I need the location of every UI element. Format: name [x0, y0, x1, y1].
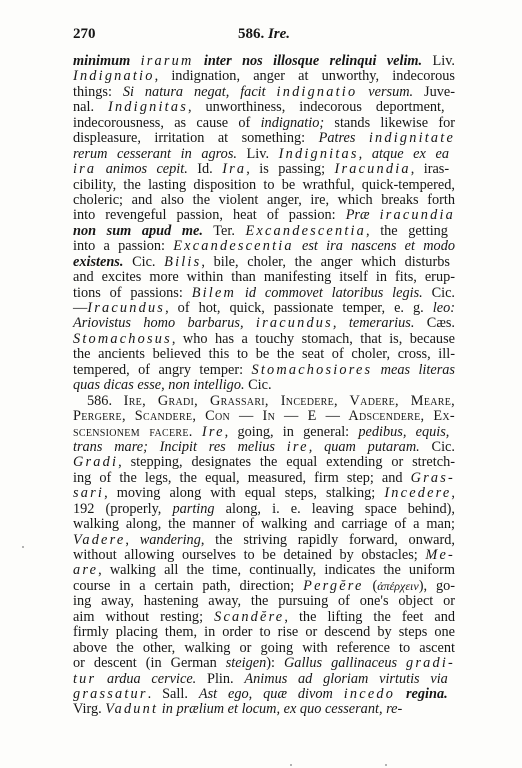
text-run: or descent (in German	[73, 655, 226, 671]
text-run: without allowing ourselves to be detaine…	[73, 547, 425, 563]
text-line: non sum apud me. Ter. Excandescentia, th…	[73, 224, 455, 239]
text-run: trans mare; Incipit res melius	[73, 439, 287, 455]
text-run: inter nos illosque relinqui velim.	[194, 53, 423, 69]
text-run: Ire	[202, 424, 225, 440]
text-line: are, walking all the time, continually, …	[73, 563, 455, 578]
text-line: aim without resting; Scandĕre, the lifti…	[73, 610, 455, 625]
text-line: ing away, hastening away, the pursuing o…	[73, 594, 455, 609]
text-run: Scandĕre	[214, 609, 284, 625]
text-run: , the lifting the feet and	[284, 609, 455, 625]
text-run: Liv.	[422, 53, 455, 69]
text-run: Ast ego, quæ divom	[199, 686, 344, 702]
text-run: Patres	[319, 130, 369, 146]
text-run: , atque ex ea	[359, 146, 449, 162]
text-line: tur ardua cervice. Plin. Animus ad glori…	[73, 672, 455, 687]
text-run: Bilem	[192, 285, 236, 301]
text-run: into a passion:	[73, 238, 173, 254]
text-run: , moving along with equal steps, stalkin…	[104, 485, 384, 501]
text-line: Gradi, stepping, designates the equal ex…	[73, 455, 455, 470]
text-line: or descent (in German steigen): Gallus g…	[73, 656, 455, 671]
text-run: Cic.	[423, 285, 455, 301]
text-run: non sum apud me.	[73, 223, 203, 239]
text-line: indecorousness, as cause of indignatio; …	[73, 116, 455, 131]
text-run: Cic.	[420, 439, 455, 455]
text-run: est ira nascens et modo	[294, 238, 455, 254]
text-line: course in a certain path, direction; Per…	[73, 579, 455, 594]
text-run: Indignitas	[108, 99, 188, 115]
text-line: and excites more within than manifesting…	[73, 270, 455, 285]
text-run: versum.	[357, 84, 413, 100]
text-run: Bilis	[164, 254, 201, 270]
text-line: Stomachosus, who has a touchy stomach, t…	[73, 332, 455, 347]
text-run: . Sall.	[148, 686, 199, 702]
text-run: , unworthiness, indecorous deportment,	[188, 99, 445, 115]
text-run: Cæs.	[414, 315, 455, 331]
section-word: Ire.	[268, 26, 290, 42]
text-run: sari	[73, 485, 104, 501]
text-run: Cic.	[123, 254, 164, 270]
text-run: Indignitas	[279, 146, 359, 162]
text-run: ing of the legs, the equal, measured, fi…	[73, 470, 411, 486]
text-run: tur	[73, 671, 96, 687]
text-run: , temerarius.	[333, 315, 414, 331]
text-line: cibility, the lasting disposition to be …	[73, 178, 455, 193]
text-run: course in a certain path, direction;	[73, 578, 303, 594]
text-line: rerum cesserant in agros. Liv. Indignita…	[73, 147, 455, 162]
text-line: Ariovistus homo barbarus, iracundus, tem…	[73, 316, 455, 331]
text-run: firmly placing them, in order to rise or…	[73, 624, 455, 640]
text-run: , is passing;	[246, 161, 334, 177]
text-line: things: Si natura negat, facit indignati…	[73, 85, 455, 100]
text-run: indecorousness, as cause of	[73, 115, 261, 131]
text-run: grassatur	[73, 686, 148, 702]
text-run: stands likewise for	[324, 115, 455, 131]
text-line: choleric; and also the violent anger, ir…	[73, 193, 455, 208]
text-line: nal. Indignitas, unworthiness, indecorou…	[73, 100, 455, 115]
text-run: , going, in general:	[225, 424, 359, 440]
text-run: ), go-	[419, 578, 455, 594]
text-run: things:	[73, 84, 123, 100]
margin-speck	[385, 764, 387, 766]
text-run: pedibus, equis,	[358, 424, 449, 440]
text-line: 586. Ire, Gradi, Grassari, Incedere, Vad…	[73, 394, 455, 409]
text-run: ,	[451, 485, 455, 501]
text-run: Plin.	[196, 671, 244, 687]
text-line: trans mare; Incipit res melius ire, quam…	[73, 440, 455, 455]
text-run: indignatio	[277, 84, 358, 100]
text-run: Virg.	[73, 701, 105, 717]
text-run: aim without resting;	[73, 609, 214, 625]
text-line: quas dicas esse, non intelligo. Cic.	[73, 378, 455, 393]
text-run: animos cepit.	[96, 161, 188, 177]
text-run: id commovet latoribus legis.	[236, 285, 423, 301]
text-run: Animus ad gloriam virtutis via	[244, 671, 447, 687]
text-line: Pergere, Scandere, Con — In — E — Adscen…	[73, 409, 455, 424]
text-run: along, i. e. leaving space behind),	[215, 501, 455, 517]
section-number: 586.	[238, 26, 264, 42]
text-run: leo:	[433, 300, 455, 316]
text-run: into revengeful passion, heat of passion…	[73, 207, 346, 223]
text-run: Cic.	[245, 377, 272, 393]
text-run: gradi-	[406, 655, 455, 671]
text-run: indignitate	[369, 130, 455, 146]
text-run: Vadunt	[105, 701, 158, 717]
text-run: , bile, choler, the anger which disturbs	[201, 254, 450, 270]
text-line: Indignatio, indignation, anger at unwort…	[73, 69, 455, 84]
text-line: displeasure, irritation at something: Pa…	[73, 131, 455, 146]
text-run: indignatio;	[261, 115, 325, 131]
text-run: meas literas	[372, 362, 455, 378]
text-line: into a passion: Excandescentia est ira n…	[73, 239, 455, 254]
text-run: wandering	[140, 532, 201, 548]
text-run: above the other, walking or going with r…	[73, 640, 455, 656]
text-run: Ire, Gradi, Grassari, Incedere, Vadere, …	[124, 393, 455, 409]
text-line: 192 (properly, parting along, i. e. leav…	[73, 502, 455, 517]
book-page: 270 586. Ire. minimum irarum inter nos i…	[0, 0, 522, 768]
text-run: , indignation, anger at unworthy, indeco…	[155, 68, 455, 84]
text-run: Liv.	[237, 146, 279, 162]
text-line: scensionem facere. Ire, going, in genera…	[73, 425, 455, 440]
text-run: , the getting	[366, 223, 448, 239]
text-run: 586.	[87, 393, 124, 409]
text-run: Ariovistus homo barbarus,	[73, 315, 256, 331]
running-head: 270 586. Ire.	[73, 25, 455, 43]
text-run: nal.	[73, 99, 108, 115]
margin-speck	[22, 546, 24, 548]
text-line: tempered, of angry temper: Stomachosiore…	[73, 363, 455, 378]
text-run: Excandescentia	[173, 238, 294, 254]
text-run: choleric; and also the violent anger, ir…	[73, 192, 455, 208]
text-run: Iracundia	[335, 161, 411, 177]
text-run: (	[364, 578, 378, 594]
text-run: ):	[266, 655, 284, 671]
text-run: scensionem facere.	[73, 424, 193, 440]
text-run: Ter.	[203, 223, 246, 239]
text-run: ἀπέρχειν	[377, 579, 418, 593]
text-run: walking along, the manner of walking and…	[73, 516, 455, 532]
text-run: ,	[125, 532, 139, 548]
text-run: Excandescentia	[246, 223, 367, 239]
text-run: , quam putaram.	[309, 439, 420, 455]
text-line: existens. Cic. Bilis, bile, choler, the …	[73, 255, 455, 270]
text-run: Pergere, Scandere, Con — In — E — Adscen…	[73, 408, 455, 424]
text-run: steigen	[226, 655, 267, 671]
text-run: in prælium et locum, ex quo cesserant, r…	[158, 701, 402, 717]
text-run: parting	[172, 501, 214, 517]
text-run: Pergĕre	[303, 578, 363, 594]
text-run: rerum cesserant in agros.	[73, 146, 237, 162]
text-run: Gallus gallinaceus	[284, 655, 406, 671]
text-run: existens.	[73, 254, 123, 270]
text-run: incedo	[344, 686, 395, 702]
text-run: Incedere	[384, 485, 451, 501]
text-run: tempered, of angry temper:	[73, 362, 251, 378]
text-run: Præ	[346, 207, 380, 223]
text-run: minimum	[73, 53, 141, 69]
text-run: , who has a touchy stomach, that is, bec…	[172, 331, 455, 347]
text-run: Gradi	[73, 454, 118, 470]
text-line: —Iracundus, of hot, quick, passionate te…	[73, 301, 455, 316]
text-run: irarum	[141, 53, 194, 69]
text-run: , of hot, quick, passionate temper, e. g…	[165, 300, 433, 316]
text-run: iracundia	[380, 207, 455, 223]
text-line: Virg. Vadunt in prælium et locum, ex quo…	[73, 702, 455, 717]
text-run: Juve-	[413, 84, 455, 100]
text-run: ardua cervice.	[96, 671, 196, 687]
text-run: 192 (properly,	[73, 501, 172, 517]
text-run: iracundus	[256, 315, 333, 331]
text-run: Ira	[222, 161, 246, 177]
text-run: Stomachosus	[73, 331, 172, 347]
text-run: Me-	[425, 547, 455, 563]
text-line: sari, moving along with equal steps, sta…	[73, 486, 455, 501]
text-line: ing of the legs, the equal, measured, fi…	[73, 471, 455, 486]
text-line: without allowing ourselves to be detaine…	[73, 548, 455, 563]
text-line: firmly placing them, in order to rise or…	[73, 625, 455, 640]
text-run: Stomachosiores	[251, 362, 372, 378]
text-line: Vadere, wandering, the striving rapidly …	[73, 533, 455, 548]
text-line: minimum irarum inter nos illosque relinq…	[73, 54, 455, 69]
text-run: are	[73, 562, 98, 578]
text-run: Vadere	[73, 532, 125, 548]
text-line: grassatur. Sall. Ast ego, quæ divom ince…	[73, 687, 455, 702]
text-line: into revengeful passion, heat of passion…	[73, 208, 455, 223]
text-line: ira animos cepit. Id. Ira, is passing; I…	[73, 162, 455, 177]
text-run: , iras-	[411, 161, 449, 177]
section-title: 586. Ire.	[73, 25, 455, 43]
text-run: and excites more within than manifesting…	[73, 269, 455, 285]
text-run: Indignatio	[73, 68, 155, 84]
text-run: tions of passions:	[73, 285, 192, 301]
text-run: —	[73, 300, 87, 316]
text-line: walking along, the manner of walking and…	[73, 517, 455, 532]
body-text: minimum irarum inter nos illosque relinq…	[73, 54, 455, 718]
text-run: , stepping, designates the equal extendi…	[118, 454, 455, 470]
text-run: , the striving rapidly forward, onward,	[201, 532, 455, 548]
text-run: ira	[73, 161, 96, 177]
text-run: displeasure, irritation at something:	[73, 130, 319, 146]
text-line: tions of passions: Bilem id commovet lat…	[73, 286, 455, 301]
text-run: Gras-	[411, 470, 455, 486]
text-line: above the other, walking or going with r…	[73, 641, 455, 656]
text-run: ire	[287, 439, 309, 455]
text-run: , walking all the time, continually, ind…	[98, 562, 455, 578]
text-run: ing away, hastening away, the pursuing o…	[73, 593, 455, 609]
text-run: cibility, the lasting disposition to be …	[73, 177, 455, 193]
text-run: quas dicas esse, non intelligo.	[73, 377, 245, 393]
margin-speck	[290, 764, 292, 766]
text-run	[193, 424, 202, 440]
text-run: Si natura negat, facit	[123, 84, 277, 100]
text-run: Id.	[188, 161, 222, 177]
text-run: the ancients believed this to be the sea…	[73, 346, 455, 362]
text-line: the ancients believed this to be the sea…	[73, 347, 455, 362]
text-run: Iracundus	[87, 300, 165, 316]
text-run: regina.	[395, 686, 448, 702]
